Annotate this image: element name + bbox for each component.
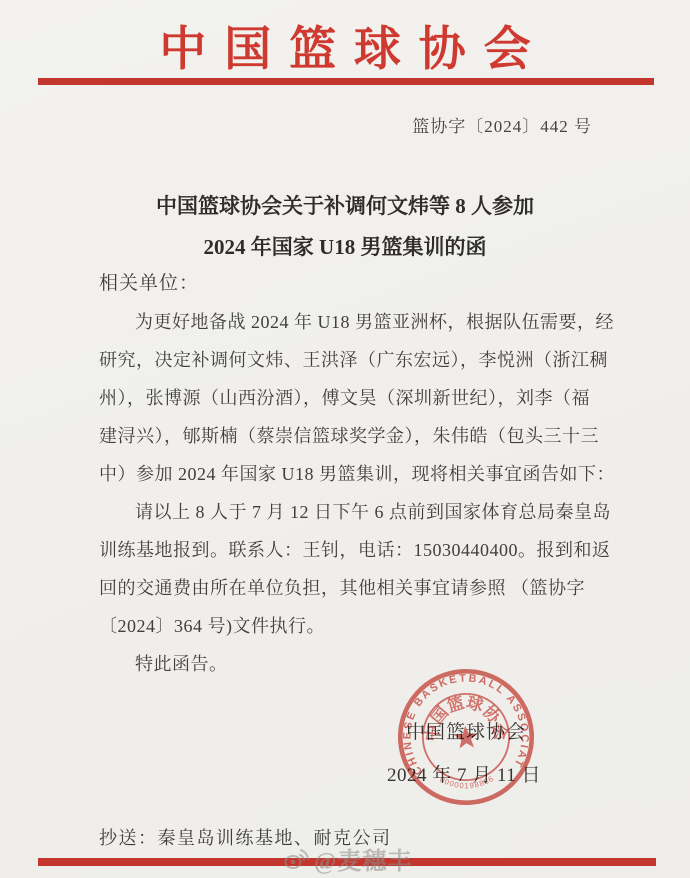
salutation: 相关单位： xyxy=(99,268,199,295)
letter-title-line1: 中国篮球协会关于补调何文炜等 8 人参加 xyxy=(60,186,630,227)
body-line: 训练基地报到。联系人：王钊，电话：15030440400。报到和返 xyxy=(99,531,604,569)
body-line: 研究，决定补调何文炜、王洪泽（广东宏远），李悦洲（浙江稠 xyxy=(99,341,604,379)
body-line: 为更好地备战 2024 年 U18 男篮亚洲杯，根据队伍需要，经 xyxy=(99,303,604,341)
body-line: 回的交通费由所在单位负担，其他相关事宜请参照 （篮协字 xyxy=(99,569,604,607)
header-divider-rule xyxy=(38,78,654,85)
letter-body: 为更好地备战 2024 年 U18 男篮亚洲杯，根据队伍需要，经 研究，决定补调… xyxy=(99,303,604,683)
letter-title: 中国篮球协会关于补调何文炜等 8 人参加 2024 年国家 U18 男篮集训的函 xyxy=(60,186,630,268)
org-name-header: 中国篮球协会 xyxy=(0,12,690,79)
letter-title-line2: 2024 年国家 U18 男篮集训的函 xyxy=(60,227,630,268)
watermark-handle: @麦穗丰 xyxy=(314,841,412,876)
body-line: 请以上 8 人于 7 月 12 日下午 6 点前到国家体育总局秦皇岛 xyxy=(99,493,604,531)
seal-star-icon xyxy=(454,725,479,749)
document-page: 中国篮球协会 篮协字〔2024〕442 号 中国篮球协会关于补调何文炜等 8 人… xyxy=(0,0,690,878)
official-seal: CHINESE BASKETBALL ASSOCIATION 中国篮球协会 00… xyxy=(384,655,548,819)
weibo-icon xyxy=(283,848,309,870)
body-line: 建浔兴），郇斯楠（蔡崇信篮球奖学金），朱伟皓（包头三十三 xyxy=(99,417,604,455)
body-line: 州），张博源（山西汾酒），傅文昊（深圳新世纪），刘李（福 xyxy=(99,379,604,417)
watermark: @麦穗丰 xyxy=(283,841,412,876)
doc-number: 篮协字〔2024〕442 号 xyxy=(412,112,592,137)
body-line: 〔2024〕364 号)文件执行。 xyxy=(99,607,604,645)
body-line: 中）参加 2024 年国家 U18 男篮集训，现将相关事宜函告如下： xyxy=(99,455,604,493)
